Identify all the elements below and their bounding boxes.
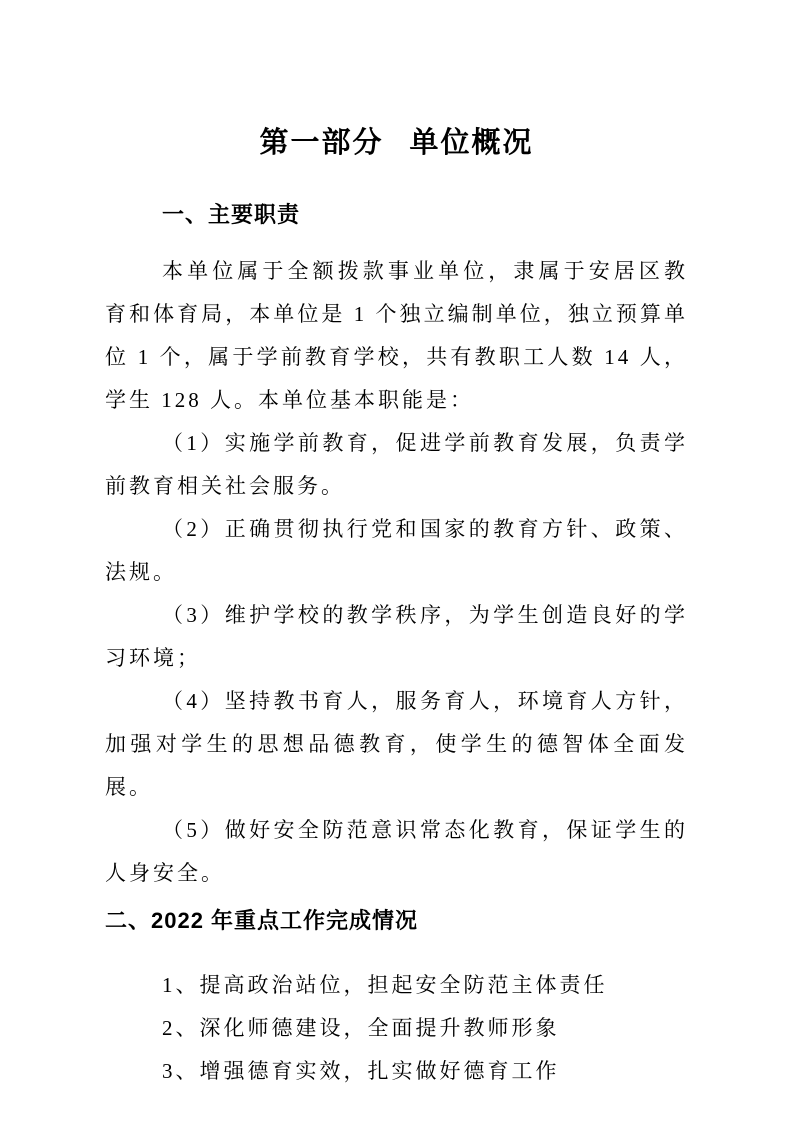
section-1-paragraph-item-3: （3）维护学校的教学秩序，为学生创造良好的学习环境；: [105, 594, 688, 680]
document-content: 第一部分 单位概况 一、主要职责 本单位属于全额拨款事业单位，隶属于安居区教育和…: [0, 125, 793, 1093]
section-1-paragraph-item-1: （1）实施学前教育，促进学前教育发展，负责学前教育相关社会服务。: [105, 422, 688, 508]
document-page: 第一部分 单位概况 一、主要职责 本单位属于全额拨款事业单位，隶属于安居区教育和…: [0, 0, 793, 1122]
section-2-list-item-3: 3、增强德育实效，扎实做好德育工作: [105, 1050, 688, 1093]
section-1-heading: 一、主要职责: [105, 200, 688, 230]
section-1-paragraph-intro: 本单位属于全额拨款事业单位，隶属于安居区教育和体育局，本单位是 1 个独立编制单…: [105, 250, 688, 422]
section-2-list-item-1: 1、提高政治站位，担起安全防范主体责任: [105, 964, 688, 1007]
section-2-heading: 二、2022 年重点工作完成情况: [105, 906, 688, 936]
document-title: 第一部分 单位概况: [105, 125, 688, 161]
section-1-paragraph-item-2: （2）正确贯彻执行党和国家的教育方针、政策、法规。: [105, 508, 688, 594]
section-1-paragraph-item-4: （4）坚持教书育人，服务育人，环境育人方针，加强对学生的思想品德教育，使学生的德…: [105, 680, 688, 809]
section-1-paragraph-item-5: （5）做好安全防范意识常态化教育，保证学生的人身安全。: [105, 809, 688, 895]
section-2-list-item-2: 2、深化师德建设，全面提升教师形象: [105, 1007, 688, 1050]
